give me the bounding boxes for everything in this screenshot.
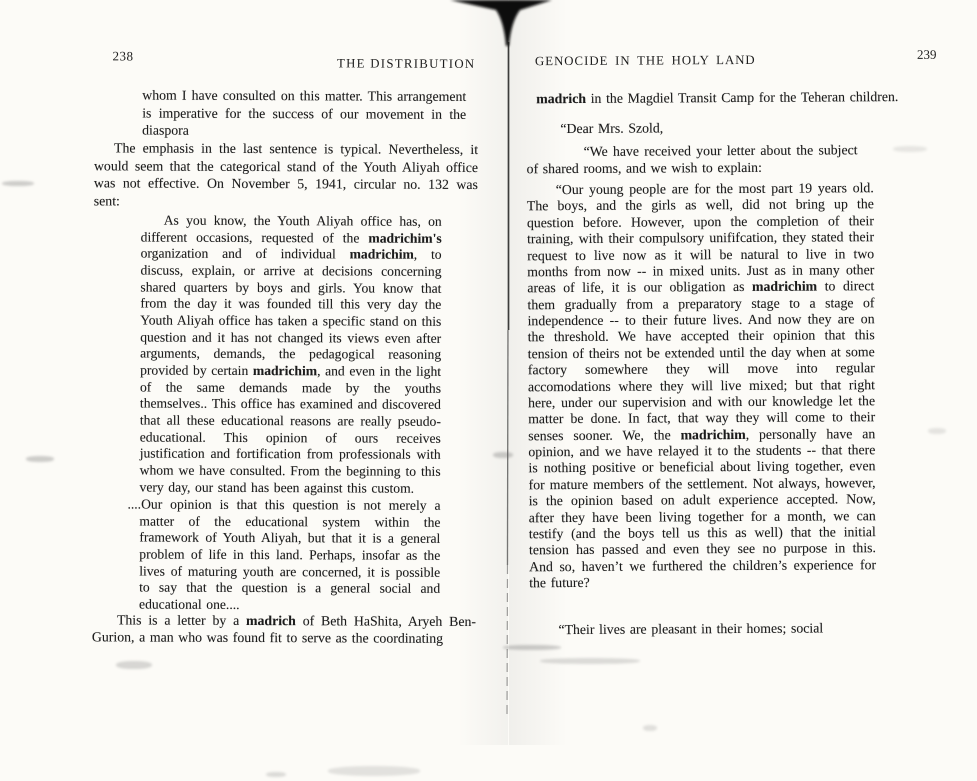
scan-smudge — [643, 725, 657, 731]
scan-smudge — [493, 452, 513, 458]
right-running-header: GENOCIDE IN THE HOLY LAND — [535, 53, 756, 69]
scan-smudge — [266, 772, 286, 777]
left-quoted-circular-paragraph-2: ....Our opinion is that this question is… — [139, 497, 441, 615]
scan-smudge — [928, 428, 946, 434]
left-quoted-circular-paragraph-1: As you know, the Youth Aliyah office has… — [140, 213, 442, 497]
book-scan: 238 THE DISTRIBUTION whom I have consult… — [0, 0, 977, 781]
left-closing-paragraph: This is a letter by a madrich of Beth Ha… — [92, 611, 476, 647]
left-page-number: 238 — [112, 48, 133, 64]
scan-smudge — [540, 658, 640, 664]
scan-smudge — [116, 661, 152, 669]
scan-smudge — [328, 766, 420, 776]
left-page: 238 THE DISTRIBUTION whom I have consult… — [0, 0, 502, 781]
letter-paragraph-3: “Their lives are pleasant in their homes… — [529, 620, 876, 638]
left-running-header: THE DISTRIBUTION — [289, 56, 475, 72]
scan-smudge — [893, 146, 927, 152]
right-page-number: 239 — [917, 47, 937, 63]
right-body-paragraph: madrich in the Magdiel Transit Camp for … — [536, 88, 938, 107]
letter-salutation: “Dear Mrs. Szold, — [560, 119, 860, 137]
letter-paragraph-2: “Our young people are for the most part … — [527, 180, 876, 591]
left-quote-intro: whom I have consulted on this matter. Th… — [142, 87, 466, 141]
scan-smudge — [503, 645, 561, 650]
letter-paragraph-1: “We have received your letter about the … — [526, 142, 857, 177]
scan-smudge — [2, 181, 34, 186]
left-body-paragraph: The emphasis in the last sentence is typ… — [94, 139, 478, 211]
scan-smudge — [26, 456, 54, 462]
